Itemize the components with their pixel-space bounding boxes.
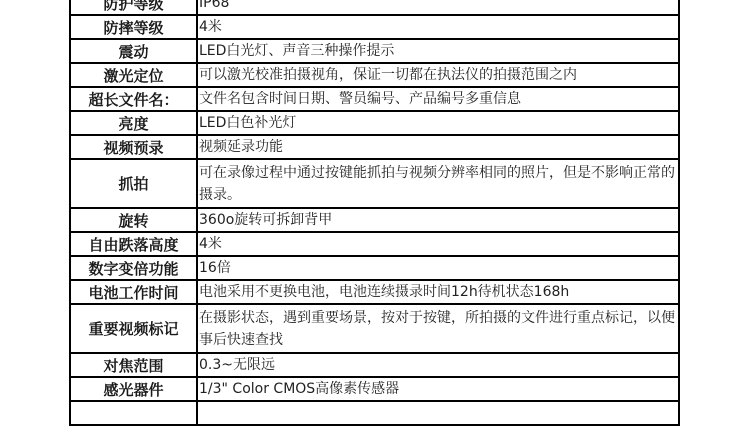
row-label: 激光定位 (70, 63, 197, 87)
row-label: 抓拍 (70, 159, 197, 208)
table-row-laser-positioning: 激光定位 可以激光校准拍摄视角，保证一切都在执法仪的拍摄范围之内 (70, 63, 679, 87)
spec-table: 防护等级 IP68 防摔等级 4米 震动 LED白光灯、声音三种操作提示 激光定… (69, 0, 680, 426)
row-label: 亮度 (70, 111, 197, 135)
table-row-brightness: 亮度 LED白色补光灯 (70, 111, 679, 135)
table-row-rotation: 旋转 360o旋转可拆卸背甲 (70, 208, 679, 232)
table-row-vibration: 震动 LED白光灯、声音三种操作提示 (70, 39, 679, 63)
row-value: 4米 (197, 232, 679, 256)
table-row-snapshot: 抓拍 可在录像过程中通过按键能抓拍与视频分辨率相同的照片，但是不影响正常的摄录。 (70, 159, 679, 208)
row-label: 超长文件名： (70, 87, 197, 111)
table-row-clipped (70, 401, 679, 425)
row-label: 重要视频标记 (70, 304, 197, 353)
row-value: 文件名包含时间日期、警员编号、产品编号多重信息 (197, 87, 679, 111)
row-label: 防摔等级 (70, 15, 197, 39)
row-label: 震动 (70, 39, 197, 63)
row-label: 感光器件 (70, 377, 197, 401)
row-label: 数字变倍功能 (70, 256, 197, 280)
row-value: 视频延录功能 (197, 135, 679, 159)
table-row-free-fall-height: 自由跌落高度 4米 (70, 232, 679, 256)
row-value: 可在录像过程中通过按键能抓拍与视频分辨率相同的照片，但是不影响正常的摄录。 (197, 159, 679, 208)
table-row-digital-zoom: 数字变倍功能 16倍 (70, 256, 679, 280)
row-value: 4米 (197, 15, 679, 39)
row-value: 16倍 (197, 256, 679, 280)
table-row-long-filename: 超长文件名： 文件名包含时间日期、警员编号、产品编号多重信息 (70, 87, 679, 111)
row-label: 对焦范围 (70, 353, 197, 377)
table-row-important-video-mark: 重要视频标记 在摄影状态，遇到重要场景，按对于按键，所拍摄的文件进行重点标记，以… (70, 304, 679, 353)
table-row-battery-life: 电池工作时间 电池采用不更换电池，电池连续摄录时间12h待机状态168h (70, 280, 679, 304)
row-value: LED白色补光灯 (197, 111, 679, 135)
row-value: IP68 (197, 0, 679, 15)
table-row-video-prerecord: 视频预录 视频延录功能 (70, 135, 679, 159)
row-label: 防护等级 (70, 0, 197, 15)
row-value (197, 401, 679, 425)
row-value: 在摄影状态，遇到重要场景，按对于按键，所拍摄的文件进行重点标记，以便事后快速查找 (197, 304, 679, 353)
table-row-drop-rating: 防摔等级 4米 (70, 15, 679, 39)
row-label (70, 401, 197, 425)
row-label: 自由跌落高度 (70, 232, 197, 256)
row-label: 视频预录 (70, 135, 197, 159)
row-value: 1/3" Color CMOS高像素传感器 (197, 377, 679, 401)
row-value: 可以激光校准拍摄视角，保证一切都在执法仪的拍摄范围之内 (197, 63, 679, 87)
row-label: 电池工作时间 (70, 280, 197, 304)
row-value: LED白光灯、声音三种操作提示 (197, 39, 679, 63)
table-row-protection-rating: 防护等级 IP68 (70, 0, 679, 15)
row-value: 电池采用不更换电池，电池连续摄录时间12h待机状态168h (197, 280, 679, 304)
row-value: 360o旋转可拆卸背甲 (197, 208, 679, 232)
row-label: 旋转 (70, 208, 197, 232)
table-row-image-sensor: 感光器件 1/3" Color CMOS高像素传感器 (70, 377, 679, 401)
table-row-focus-range: 对焦范围 0.3~无限远 (70, 353, 679, 377)
row-value: 0.3~无限远 (197, 353, 679, 377)
